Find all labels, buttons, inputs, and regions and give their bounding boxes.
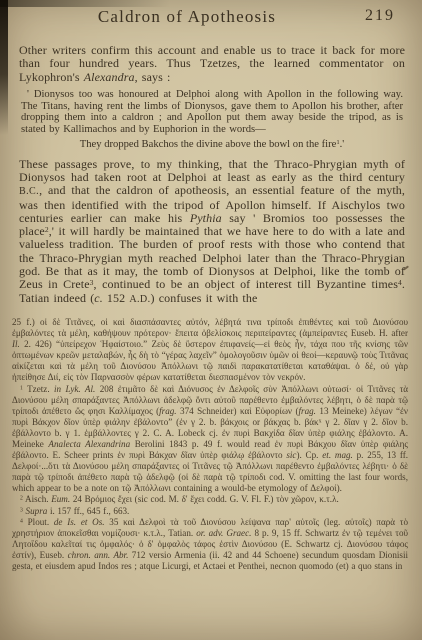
page-number: 219 — [365, 7, 395, 25]
footnote-2: 2 Aisch. Eum. 24 Βρόμιος ἔχει (sic cod. … — [12, 494, 408, 505]
footnote-1: 1 Tzetz. in Lyk. Al. 208 ἐτιμᾶτο δὲ καὶ … — [12, 384, 408, 495]
footnote-4: 4 Plout. de Is. et Os. 35 καὶ Δελφοὶ τὰ … — [12, 517, 408, 572]
paragraph-main: These passages prove, to my thinking, th… — [19, 158, 405, 306]
footnote-3: 3 Supra i. 157 ff., 645 f., 663. — [12, 506, 408, 517]
paragraph-intro: Other writers confirm this account and e… — [19, 44, 405, 84]
quote-paragraph: ' Dionysos too was honoured at Delphoi a… — [21, 89, 403, 136]
footnotes: 25 f.) οἱ δὲ Τιτᾶνες, οἱ καὶ διασπάσαντε… — [0, 317, 422, 572]
page-header: Caldron of Apotheosis 219 — [0, 0, 422, 33]
running-title: Caldron of Apotheosis — [0, 7, 374, 27]
footnote-continuation: 25 f.) οἱ δὲ Τιτᾶνες, οἱ καὶ διασπάσαντε… — [12, 317, 408, 384]
body-text: Other writers confirm this account and e… — [0, 33, 422, 306]
book-page: Caldron of Apotheosis 219 Other writers … — [0, 0, 422, 640]
block-quote: ' Dionysos too was honoured at Delphoi a… — [21, 89, 403, 150]
verse-line: They dropped Bakchos the divine above th… — [21, 139, 403, 150]
